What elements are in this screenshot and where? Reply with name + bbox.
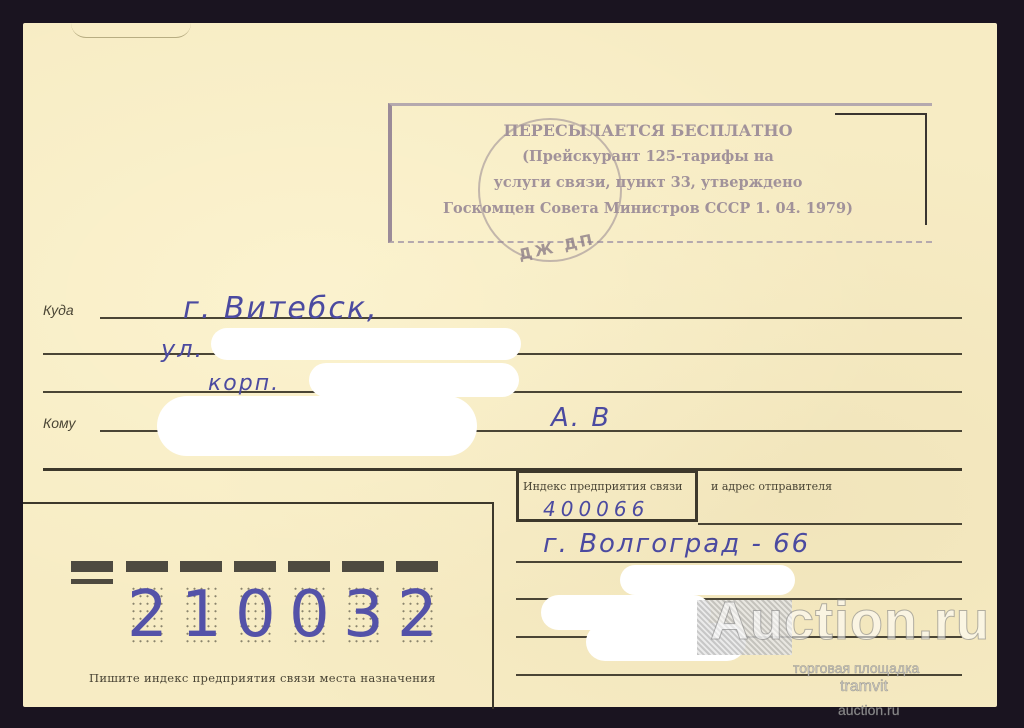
torn-edge bbox=[71, 23, 191, 38]
digit-bar-2 bbox=[180, 561, 222, 572]
sender-address-label: и адрес отправителя bbox=[711, 480, 832, 493]
sender-index-value: 400066 bbox=[543, 497, 649, 521]
stamp-line-3: услуги связи, пункт 33, утверждено bbox=[413, 170, 883, 196]
postcode-digit-1: 2 bbox=[127, 583, 167, 647]
digit-bar-5 bbox=[342, 561, 384, 572]
postcode-digit-5: 3 bbox=[343, 583, 383, 647]
digit-bar-4 bbox=[288, 561, 330, 572]
to-whom-label: Кому bbox=[43, 415, 75, 431]
stamp-line-4: Госкомцен Совета Министров СССР 1. 04. 1… bbox=[413, 196, 883, 222]
sender-line-1-end bbox=[698, 523, 962, 525]
redaction-building bbox=[309, 363, 519, 397]
postcode-digit-4: 0 bbox=[289, 583, 329, 647]
digit-bar-6 bbox=[396, 561, 438, 572]
watermark-domain: auction.ru bbox=[838, 702, 899, 718]
postcode-marker-bar-lower bbox=[71, 579, 113, 584]
postcode-caption: Пишите индекс предприятия связи места на… bbox=[89, 671, 436, 685]
postcode-digit-6: 2 bbox=[397, 583, 437, 647]
watermark-subtitle: торговая площадка bbox=[793, 660, 919, 676]
sender-line-2 bbox=[516, 561, 962, 563]
sender-index-label: Индекс предприятия связи bbox=[523, 480, 683, 493]
postcode-digit-2: 1 bbox=[181, 583, 221, 647]
recipient-section-divider bbox=[43, 468, 962, 471]
watermark-seller: tramvit bbox=[840, 678, 888, 696]
recipient-name-initials: А. В bbox=[551, 403, 611, 433]
postcode-marker-bar bbox=[71, 561, 113, 572]
digit-bar-3 bbox=[234, 561, 276, 572]
recipient-city: г. Витебск, bbox=[183, 291, 379, 326]
to-where-label: Куда bbox=[43, 302, 74, 318]
recipient-street-prefix: ул. bbox=[161, 335, 204, 363]
stamp-line-1: ПЕРЕСЫЛАЕТСЯ БЕСПЛАТНО bbox=[413, 118, 883, 144]
recipient-building-prefix: корп. bbox=[208, 371, 280, 396]
redaction-name bbox=[157, 396, 477, 456]
sender-address-line-1: г. Волгоград - 66 bbox=[543, 529, 810, 559]
free-postage-stamp-text: ПЕРЕСЫЛАЕТСЯ БЕСПЛАТНО (Прейскурант 125-… bbox=[413, 118, 883, 222]
redaction-street bbox=[211, 328, 521, 360]
digit-bar-1 bbox=[126, 561, 168, 572]
postcode-digit-3: 0 bbox=[235, 583, 275, 647]
watermark-brand: Auction.ru bbox=[710, 590, 990, 652]
stamp-line-2: (Прейскурант 125-тарифы на bbox=[413, 144, 883, 170]
